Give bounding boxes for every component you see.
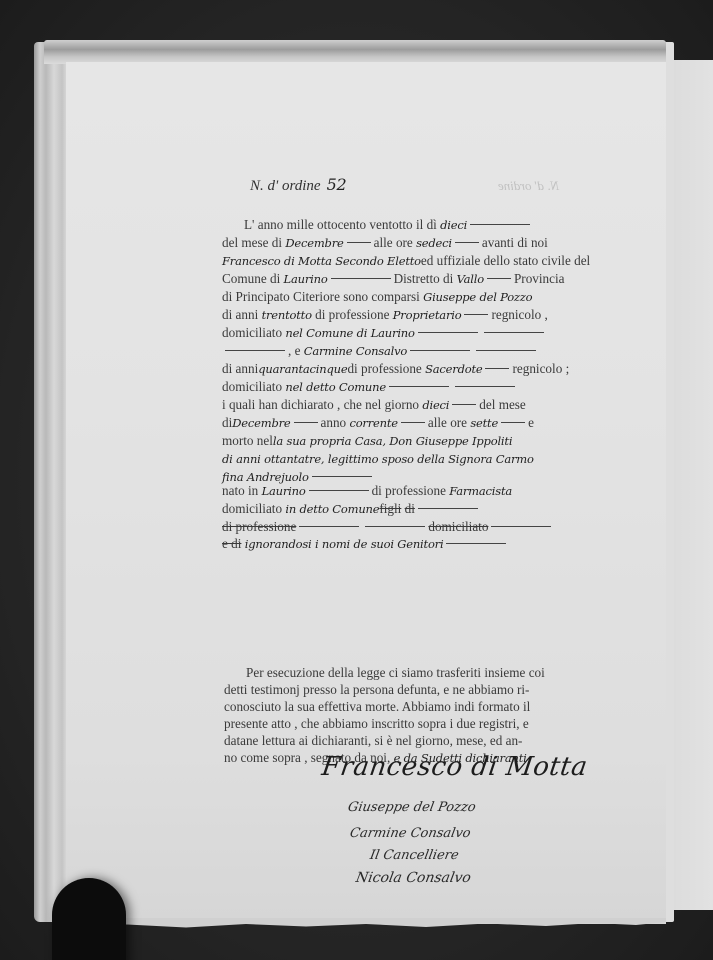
record-line: del mese di Decembrealle ore sedeciavant… bbox=[222, 234, 602, 252]
record-line: , e Carmine Consalvo bbox=[222, 342, 602, 360]
order-value: 52 bbox=[327, 175, 347, 194]
record-line: diDecembreanno correntealle ore settee bbox=[222, 414, 602, 432]
order-number: N. d' ordine52 bbox=[250, 175, 347, 195]
attestation-line: Per esecuzione della legge ci siamo tras… bbox=[224, 664, 612, 681]
record-line: di anniquarantacinquedi professione Sace… bbox=[222, 360, 602, 378]
record-line: di professionedomiciliato bbox=[222, 518, 602, 535]
record-line: domiciliato in detto Comunefigli di bbox=[222, 500, 602, 518]
chancellor-title: Il Cancelliere bbox=[369, 848, 460, 863]
attestation-line: detti testimonj presso la persona defunt… bbox=[224, 681, 612, 698]
officer-signature: Francesco di Motta bbox=[320, 752, 590, 782]
thumb-holding-page bbox=[52, 878, 126, 960]
record-section-birth-parents: nato in Laurinodi professione Farmacista… bbox=[222, 482, 602, 553]
attestation-line: datane lettura ai dichiaranti, si è nel … bbox=[224, 732, 612, 749]
record-line: di Principato Citeriore sono comparsi Gi… bbox=[222, 288, 602, 306]
document-content: N. d' ordine52 L' anno mille ottocento v… bbox=[0, 0, 713, 960]
record-line: e di ignorandosi i nomi de suoi Genitori bbox=[222, 535, 602, 553]
record-line: Francesco di Motta Secondo Elettoed uffi… bbox=[222, 252, 602, 270]
record-line: morto nella sua propria Casa, Don Giusep… bbox=[222, 432, 602, 450]
record-section-declarants: L' anno mille ottocento ventotto il dì d… bbox=[222, 216, 602, 486]
record-line: nato in Laurinodi professione Farmacista bbox=[222, 482, 602, 500]
record-line: Comune di LaurinoDistretto di ValloProvi… bbox=[222, 270, 602, 288]
witness-signature: Carmine Consalvo bbox=[349, 826, 472, 841]
attestation-line: conosciuto la sua effettiva morte. Abbia… bbox=[224, 698, 612, 715]
attestation-line: presente atto , che abbiamo inscritto so… bbox=[224, 715, 612, 732]
record-line: L' anno mille ottocento ventotto il dì d… bbox=[222, 216, 602, 234]
record-line: di anni ottantatre, legittimo sposo dell… bbox=[222, 450, 602, 468]
order-label: N. d' ordine bbox=[250, 178, 321, 194]
record-line: i quali han dichiarato , che nel giorno … bbox=[222, 396, 602, 414]
record-line: domiciliato nel detto Comune bbox=[222, 378, 602, 396]
record-line: di anni trentotto di professione Proprie… bbox=[222, 306, 602, 324]
record-line: domiciliato nel Comune di Laurino bbox=[222, 324, 602, 342]
witness-signature: Giuseppe del Pozzo bbox=[347, 800, 477, 815]
chancellor-signature: Nicola Consalvo bbox=[355, 870, 473, 886]
